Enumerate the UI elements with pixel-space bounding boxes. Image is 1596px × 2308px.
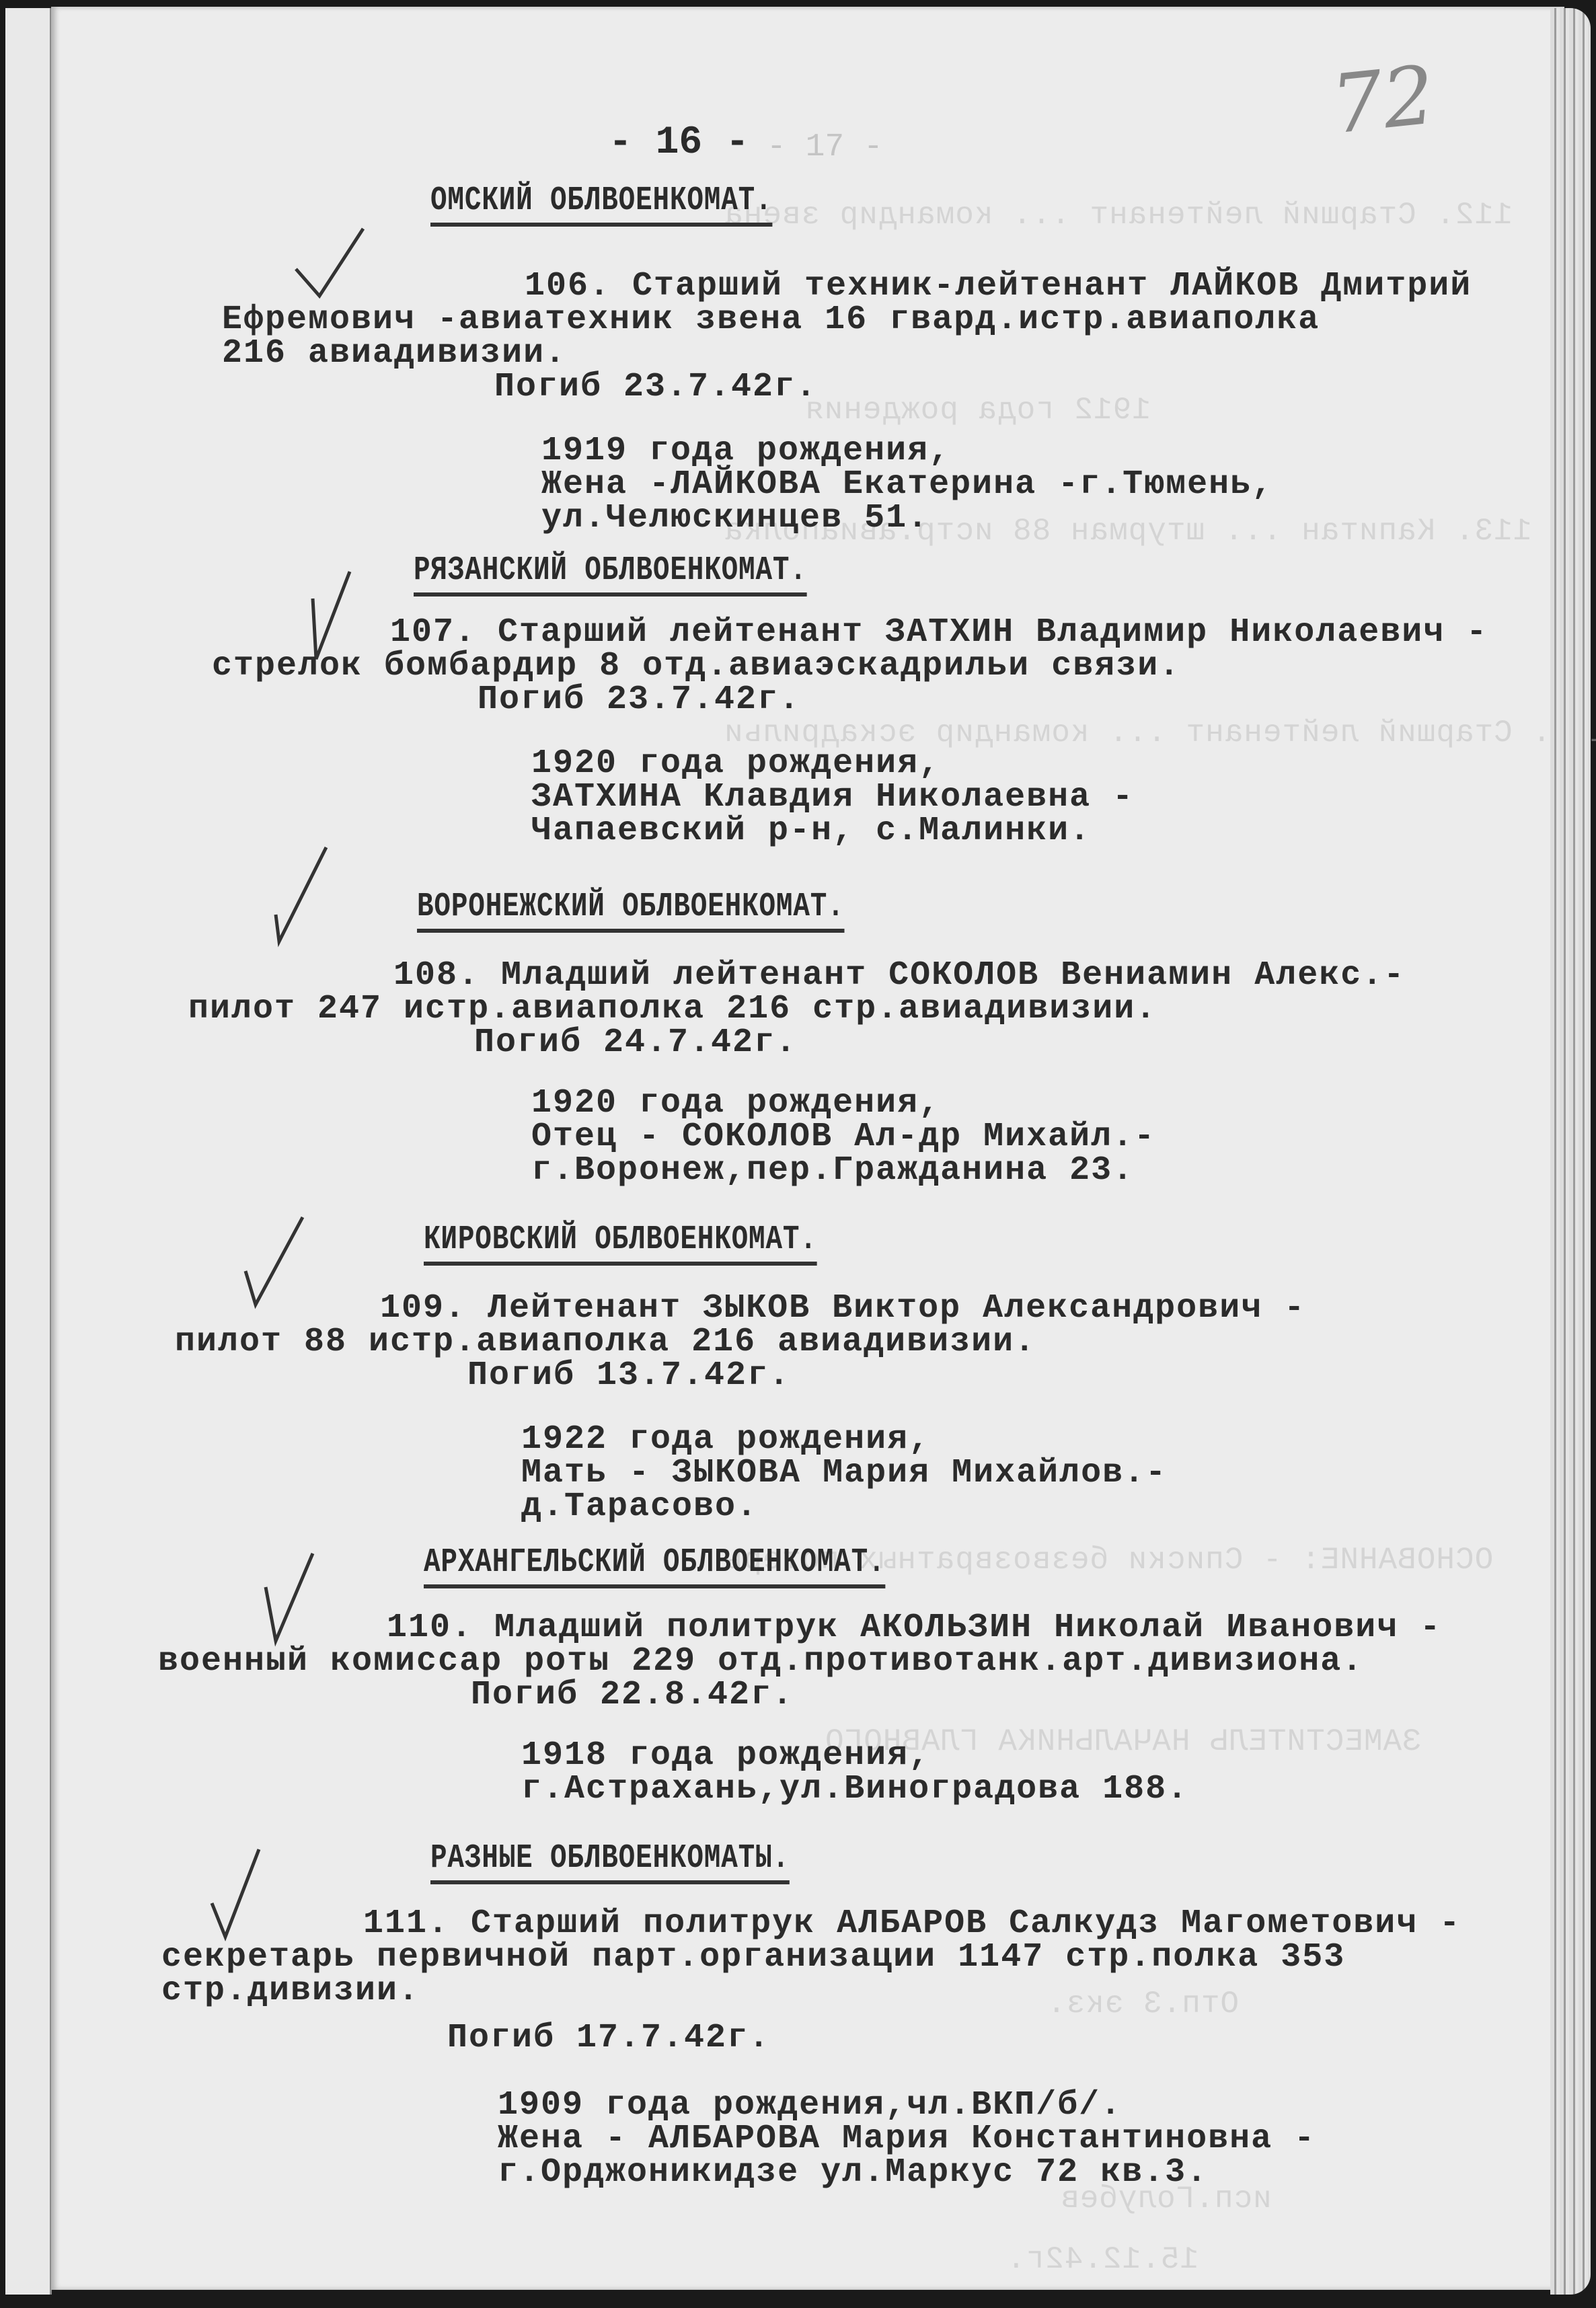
bleed-through-text: 1912 года рождения (804, 390, 1151, 430)
section-heading-arkhangelsk: АРХАНГЕЛЬСКИЙ ОБЛВОЕНКОМАТ. (424, 1543, 885, 1588)
section-heading-kirov: КИРОВСКИЙ ОБЛВОЕНКОМАТ. (424, 1221, 817, 1266)
section-heading-omsk: ОМСКИЙ ОБЛВОЕНКОМАТ. (430, 182, 772, 227)
checkmark-icon (262, 1547, 343, 1654)
bleed-through-text: 15.12.42г. (1006, 2239, 1199, 2280)
page-number: - 16 - (609, 121, 749, 165)
death-date: Погиб 23.7.42г. (478, 679, 800, 721)
checkmark-icon (262, 841, 343, 948)
bleed-through-text: Отп.3 экз. (1047, 1984, 1239, 2024)
checkmark-icon (208, 1843, 289, 1950)
right-page-stack (1550, 8, 1591, 2295)
entry-line: стр.дивизии. (161, 1970, 420, 2012)
relative-line: г.Воронеж,пер.Гражданина 23. (531, 1150, 1134, 1192)
section-heading-ryazan: РЯЗАНСКИЙ ОБЛВОЕНКОМАТ. (414, 551, 807, 597)
section-heading-voronezh: ВОРОНЕЖСКИЙ ОБЛВОЕНКОМАТ. (417, 888, 845, 933)
bleed-page-number: - 17 - (767, 129, 883, 165)
checkmark-icon (242, 1210, 323, 1318)
death-date: Погиб 22.8.42г. (471, 1675, 794, 1716)
handwritten-folio-number: 72 (1327, 48, 1439, 152)
relative-line: д.Тарасово. (521, 1486, 758, 1528)
relative-line: ул.Челюскинцев 51. (541, 498, 929, 539)
death-date: Погиб 23.7.42г. (494, 367, 817, 408)
death-date: Погиб 24.7.42г. (474, 1022, 797, 1064)
death-date: Погиб 13.7.42г. (467, 1355, 790, 1397)
left-page-edge (5, 8, 52, 2295)
relative-line: г.Орджоникидзе ул.Маркус 72 кв.3. (498, 2152, 1208, 2194)
relative-line: Чапаевский р-н, с.Малинки. (531, 810, 1091, 852)
bleed-through-text: 112. Старший лейтенант ... командир звен… (724, 195, 1513, 235)
section-heading-various: РАЗНЫЕ ОБЛВОЕНКОМАТЫ. (430, 1839, 790, 1884)
death-date: Погиб 17.7.42г. (447, 2017, 770, 2059)
relative-line: г.Астрахань,ул.Виноградова 188. (521, 1769, 1188, 1810)
